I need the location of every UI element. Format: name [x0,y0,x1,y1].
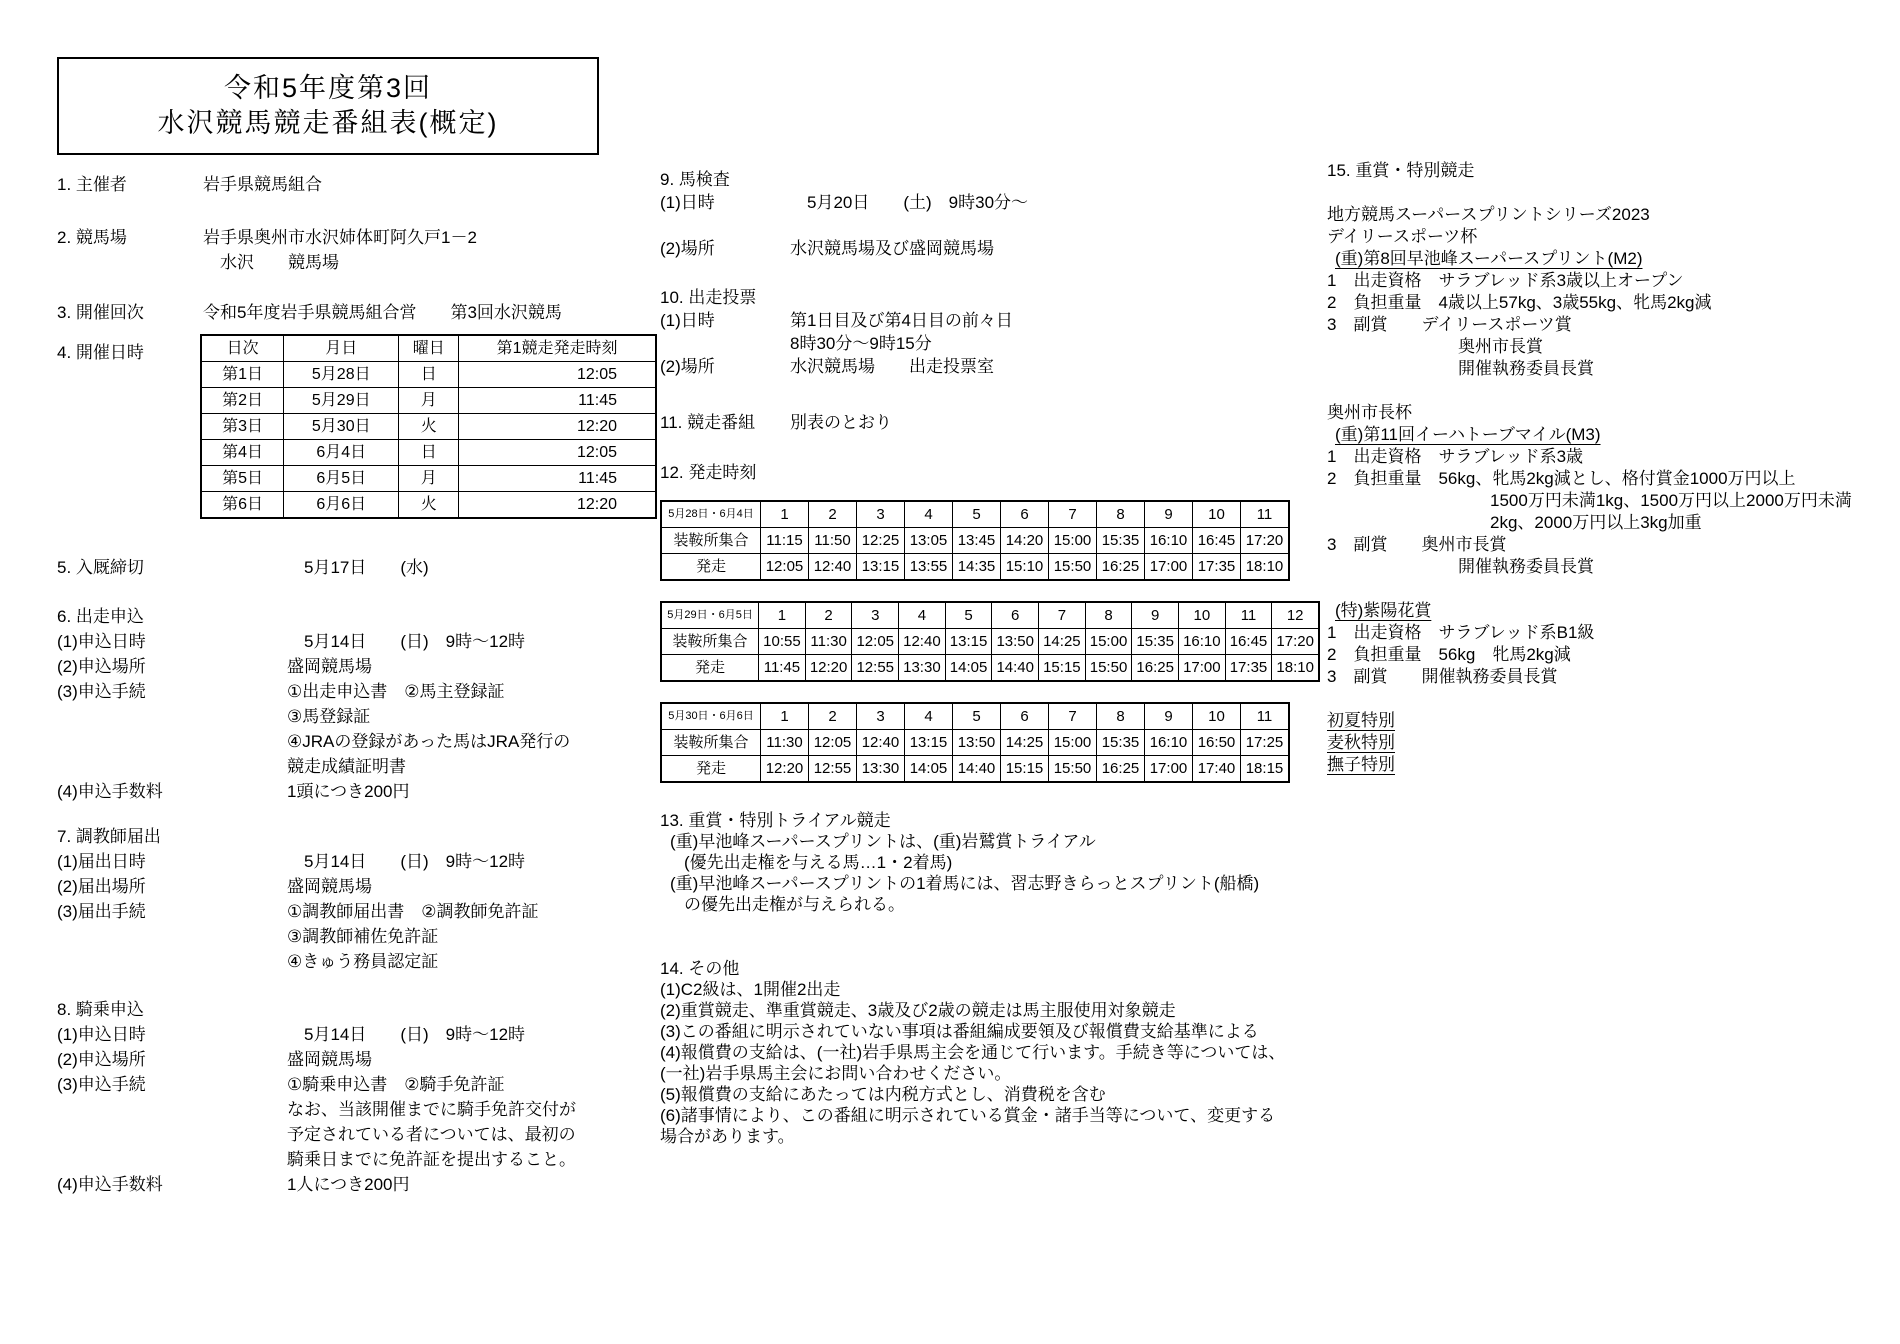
field-row: (1)届出日時 5月14日 (日) 9時～12時 [57,849,657,874]
field-label: 1. 主催者 [57,172,203,197]
table-cell: 14:20 [1001,528,1049,554]
race-condition-line: 3 副賞 奥州市長賞 [1327,534,1887,556]
table-cell: 15:50 [1049,756,1097,783]
table-cell: 6月6日 [284,492,399,519]
start-time-table-day1: 5月28日・6月4日1234567891011 装鞍所集合11:1511:501… [660,500,1290,581]
field-row: ④JRAの登録があった馬はJRA発行の [57,729,657,754]
table-cell: 17:00 [1179,655,1226,682]
field-label: (1)日時 [660,191,790,214]
field-value: 盛岡競馬場 [287,1047,657,1072]
section-heading: 9. 馬検査 [660,168,1320,191]
table-cell: 17:40 [1193,756,1241,783]
paragraph-line: 場合があります。 [660,1126,1320,1147]
table-cell: 第5日 [201,466,284,492]
table-cell: 16:50 [1193,730,1241,756]
table-cell: 月 [399,466,459,492]
row-label: 発走 [661,655,759,682]
race-condition-line: 1 出走資格 サラブレッド系3歳 [1327,446,1887,468]
table-row-gather: 装鞍所集合10:5511:3012:0512:4013:1513:5014:25… [661,629,1319,655]
section-13-trial-races: 13. 重賞・特別トライアル競走 (重)早池峰スーパースプリントは、(重)岩鷲賞… [660,810,1320,915]
table-cell: 14:05 [945,655,992,682]
table-cell: 12:05 [761,554,809,581]
field-value: 競走成績証明書 [287,754,657,779]
cup-title: デイリースポーツ杯 [1327,226,1887,248]
table-cell: 11 [1225,602,1272,629]
race-condition-line: 3 副賞 開催執務委員長賞 [1327,666,1887,688]
table-cell: 18:10 [1272,655,1319,682]
section-10-entry-voting: 10. 出走投票 (1)日時第1日目及び第4日目の前々日 8時30分～9時15分… [660,286,1320,378]
table-cell: 5 [953,703,1001,730]
field-label: (1)申込日時 [57,629,287,654]
table-cell: 7 [1049,703,1097,730]
field-value: 盛岡競馬場 [287,654,657,679]
field-value: ④きゅう務員認定証 [287,949,657,974]
table-cell: 4 [905,703,953,730]
field-value: ①調教師届出書 ②調教師免許証 [287,899,657,924]
section-4-race-days: 4. 開催日時 日次月日曜日第1競走発走時刻 第1日5月28日日12:05 第2… [57,340,657,519]
table-date-label: 5月29日・6月5日 [661,602,759,629]
table-cell: 13:15 [945,629,992,655]
table-cell: 11 [1241,703,1290,730]
table-cell: 13:50 [953,730,1001,756]
race-day-table: 日次月日曜日第1競走発走時刻 第1日5月28日日12:05 第2日5月29日月1… [200,334,657,519]
table-cell: 12:05 [852,629,899,655]
middle-column: 9. 馬検査 (1)日時 5月20日 (土) 9時30分～ (2)場所水沢競馬場… [660,168,1320,1147]
race-title: (重)第8回早池峰スーパースプリント(M2) [1327,248,1887,270]
field-value: 盛岡競馬場 [287,874,657,899]
field-value: ①騎乗申込書 ②騎手免許証 [287,1072,657,1097]
field-value: 岩手県奥州市水沢姉体町阿久戸1－2 [203,225,657,250]
table-cell: 10 [1193,501,1241,528]
field-label: (1)申込日時 [57,1022,287,1047]
paragraph-line: (2)重賞競走、準重賞競走、3歳及び2歳の競走は馬主服使用対象競走 [660,1000,1320,1021]
field-row: (1)日時 5月20日 (土) 9時30分～ [660,191,1320,214]
section-12-start-times-heading: 12. 発走時刻 [660,461,1320,484]
field-row: ③調教師補佐免許証 [57,924,657,949]
table-cell: 第4日 [201,440,284,466]
field-row: (2)申込場所盛岡競馬場 [57,1047,657,1072]
race-condition-line: 開催執務委員長賞 [1327,556,1887,578]
table-header-row: 5月29日・6月5日123456789101112 [661,602,1319,629]
table-cell: 日 [399,440,459,466]
table-cell: 16:10 [1145,730,1193,756]
table-cell: 15:15 [1039,655,1086,682]
table-cell: 14:40 [992,655,1039,682]
field-row: (3)申込手続①出走申込書 ②馬主登録証 [57,679,657,704]
table-cell: 11:30 [805,629,852,655]
table-cell: 6 [1001,703,1049,730]
field-row: ③馬登録証 [57,704,657,729]
table-cell: 13:30 [899,655,946,682]
table-cell: 1 [759,602,806,629]
race-title-text: (重)第11回イーハトーブマイル(M3) [1335,425,1601,444]
section-2-racecourse-line2: 水沢 競馬場 [57,250,657,275]
table-cell: 日次 [201,335,284,362]
field-label: (1)日時 [660,309,790,332]
table-cell: 13:05 [905,528,953,554]
field-row: なお、当該開催までに騎手免許交付が [57,1097,657,1122]
field-row: 騎乗日までに免許証を提出すること。 [57,1147,657,1172]
row-label: 発走 [661,756,761,783]
field-value: 第1日目及び第4日目の前々日 [790,309,1320,332]
table-row-gather: 装鞍所集合11:3012:0512:4013:1513:5014:2515:00… [661,730,1289,756]
special-race-name: 撫子特別 [1327,754,1395,776]
field-value: 5月14日 (日) 9時～12時 [287,849,657,874]
section-2-racecourse: 2. 競馬場 岩手県奥州市水沢姉体町阿久戸1－2 [57,225,657,250]
table-cell: 6月4日 [284,440,399,466]
table-cell: 6 [1001,501,1049,528]
table-cell: 11:45 [459,466,656,492]
race-title: (特)紫陽花賞 [1327,600,1887,622]
table-cell: 18:15 [1241,756,1290,783]
field-value: ③馬登録証 [287,704,657,729]
table-cell: 12:25 [857,528,905,554]
table-cell: 16:25 [1097,756,1145,783]
field-value: ③調教師補佐免許証 [287,924,657,949]
paragraph-line: (6)諸事情により、この番組に明示されている賞金・諸手当等について、変更する [660,1105,1320,1126]
table-cell: 12:05 [459,440,656,466]
table-cell: 15:00 [1049,730,1097,756]
start-time-table-day2: 5月29日・6月5日123456789101112 装鞍所集合10:5511:3… [660,601,1320,682]
table-cell: 第1競走発走時刻 [459,335,656,362]
race-condition-line: 2kg、2000万円以上3kg加重 [1327,512,1887,534]
section-11-race-program: 11. 競走番組 別表のとおり [660,411,1320,434]
section-9-horse-inspection: 9. 馬検査 (1)日時 5月20日 (土) 9時30分～ (2)場所水沢競馬場… [660,168,1320,260]
table-cell: 8 [1097,501,1145,528]
field-value: 5月14日 (日) 9時～12時 [287,1022,657,1047]
paragraph-line: (4)報償費の支給は、(一社)岩手県馬主会を通じて行います。手続き等については、 [660,1042,1320,1063]
table-cell: 11 [1241,501,1290,528]
table-cell: 14:05 [905,756,953,783]
field-value: 別表のとおり [790,411,1320,434]
table-cell: 9 [1132,602,1179,629]
field-value: 岩手県競馬組合 [203,172,657,197]
row-label: 発走 [661,554,761,581]
paragraph-line: (優先出走権を与える馬…1・2着馬) [660,852,1320,873]
table-cell: 17:00 [1145,554,1193,581]
field-label: 4. 開催日時 [57,340,203,365]
race-condition-line: 2 負担重量 4歳以上57kg、3歳55kg、牝馬2kg減 [1327,292,1887,314]
table-row-start: 発走12:2012:5513:3014:0514:4015:1515:5016:… [661,756,1289,783]
table-cell: 第2日 [201,388,284,414]
table-cell: 火 [399,414,459,440]
section-8-riding-application: 8. 騎乗申込 (1)申込日時 5月14日 (日) 9時～12時 (2)申込場所… [57,997,657,1197]
table-cell: 4 [899,602,946,629]
table-cell: 11:50 [809,528,857,554]
table-cell: 12:20 [805,655,852,682]
table-cell: 12:55 [852,655,899,682]
series-title: 地方競馬スーパースプリントシリーズ2023 [1327,204,1887,226]
table-cell: 10:55 [759,629,806,655]
section-3-meeting-number: 3. 開催回次 令和5年度岩手県競馬組合営 第3回水沢競馬 [57,300,657,325]
section-heading: 10. 出走投票 [660,286,1320,309]
document-title-box: 令和5年度第3回 水沢競馬競走番組表(概定) [57,57,599,155]
field-value: 水沢競馬場及び盛岡競馬場 [790,237,1320,260]
table-cell: 14:25 [1039,629,1086,655]
table-cell: 15:10 [1001,554,1049,581]
section-heading: 13. 重賞・特別トライアル競走 [660,810,1320,831]
field-value: 5月17日 (水) [287,555,657,580]
table-row: 第2日5月29日月11:45 [201,388,656,414]
table-cell: 第6日 [201,492,284,519]
table-cell: 11:15 [761,528,809,554]
paragraph-line: (一社)岩手県馬主会にお問い合わせください。 [660,1063,1320,1084]
race-condition-line: 2 負担重量 56kg 牝馬2kg減 [1327,644,1887,666]
field-row: (4)申込手数料1頭につき200円 [57,779,657,804]
table-cell: 11:30 [761,730,809,756]
table-cell: 火 [399,492,459,519]
table-cell: 17:20 [1241,528,1290,554]
table-cell: 6月5日 [284,466,399,492]
section-heading: 8. 騎乗申込 [57,997,657,1022]
table-cell: 2 [809,501,857,528]
section-5-stabling-deadline: 5. 入厩締切 5月17日 (水) [57,555,657,580]
field-row: (2)場所水沢競馬場及び盛岡競馬場 [660,237,1320,260]
field-row: (2)場所水沢競馬場 出走投票室 [660,355,1320,378]
table-cell: 1 [761,703,809,730]
section-heading: 6. 出走申込 [57,604,657,629]
table-cell: 12:05 [459,362,656,388]
table-cell: 12 [1272,602,1319,629]
graded-race-block-2: 奥州市長杯 (重)第11回イーハトーブマイル(M3) 1 出走資格 サラブレッド… [1327,402,1887,578]
start-time-table-day3: 5月30日・6月6日1234567891011 装鞍所集合11:3012:051… [660,702,1290,783]
section-6-entry: 6. 出走申込 (1)申込日時 5月14日 (日) 9時～12時 (2)申込場所… [57,604,657,804]
field-label: (4)申込手数料 [57,1172,287,1197]
race-title: (重)第11回イーハトーブマイル(M3) [1327,424,1887,446]
graded-race-block-1: 地方競馬スーパースプリントシリーズ2023 デイリースポーツ杯 (重)第8回早池… [1327,204,1887,380]
field-label: 5. 入厩締切 [57,555,287,580]
field-label: (2)申込場所 [57,654,287,679]
field-row: 8時30分～9時15分 [660,332,1320,355]
table-cell: 16:10 [1145,528,1193,554]
field-row: 競走成績証明書 [57,754,657,779]
section-7-trainer-notification: 7. 調教師届出 (1)届出日時 5月14日 (日) 9時～12時 (2)届出場… [57,824,657,974]
table-cell: 15:35 [1132,629,1179,655]
table-cell: 13:50 [992,629,1039,655]
section-15-heading: 15. 重賞・特別競走 [1327,160,1887,182]
table-header-row: 5月28日・6月4日1234567891011 [661,501,1289,528]
table-cell: 11:45 [759,655,806,682]
field-value: 5月20日 (土) 9時30分～ [790,191,1320,214]
table-cell: 17:35 [1225,655,1272,682]
table-cell: 2 [805,602,852,629]
field-label: (2)届出場所 [57,874,287,899]
race-title-text: (重)第8回早池峰スーパースプリント(M2) [1335,249,1642,268]
field-label: 3. 開催回次 [57,300,203,325]
field-value: 予定されている者については、最初の [287,1122,657,1147]
race-condition-line: 1500万円未満1kg、1500万円以上2000万円未満 [1327,490,1887,512]
table-cell: 12:05 [809,730,857,756]
field-value: 5月14日 (日) 9時～12時 [287,629,657,654]
table-header-row: 5月30日・6月6日1234567891011 [661,703,1289,730]
table-cell: 12:40 [809,554,857,581]
race-condition-line: 1 出走資格 サラブレッド系3歳以上オープン [1327,270,1887,292]
field-value: 水沢 競馬場 [203,250,657,275]
field-row: ④きゅう務員認定証 [57,949,657,974]
table-cell: 3 [857,501,905,528]
table-cell: 15:00 [1049,528,1097,554]
table-cell: 9 [1145,703,1193,730]
row-label: 装鞍所集合 [661,528,761,554]
table-cell: 10 [1193,703,1241,730]
table-cell: 7 [1049,501,1097,528]
table-cell: 11:45 [459,388,656,414]
race-title-text: (特)紫陽花賞 [1335,601,1431,620]
field-label: (2)場所 [660,237,790,260]
table-cell: 15:50 [1085,655,1132,682]
field-value: 令和5年度岩手県競馬組合営 第3回水沢競馬 [203,300,657,325]
field-label: 11. 競走番組 [660,411,790,434]
cup-title: 奥州市長杯 [1327,402,1887,424]
table-cell: 12:20 [761,756,809,783]
table-cell: 17:25 [1241,730,1290,756]
table-cell: 13:15 [857,554,905,581]
table-cell: 15:35 [1097,730,1145,756]
table-cell: 13:30 [857,756,905,783]
field-value: 1頭につき200円 [287,779,657,804]
table-date-label: 5月28日・6月4日 [661,501,761,528]
table-cell: 曜日 [399,335,459,362]
left-column: 1. 主催者 岩手県競馬組合 2. 競馬場 岩手県奥州市水沢姉体町阿久戸1－2 … [57,172,657,1197]
table-date-label: 5月30日・6月6日 [661,703,761,730]
table-cell: 5月30日 [284,414,399,440]
table-cell: 8 [1085,602,1132,629]
table-cell: 14:25 [1001,730,1049,756]
table-cell: 12:20 [459,492,656,519]
race-condition-line: 開催執務委員長賞 [1327,358,1887,380]
field-label: (3)申込手続 [57,679,287,704]
table-cell: 第1日 [201,362,284,388]
table-cell: 17:20 [1272,629,1319,655]
section-14-other: 14. その他 (1)C2級は、1開催2出走 (2)重賞競走、準重賞競走、3歳及… [660,958,1320,1147]
table-cell: 15:50 [1049,554,1097,581]
paragraph-line: (重)早池峰スーパースプリントの1着馬には、習志野きらっとスプリント(船橋) [660,873,1320,894]
field-row: (2)届出場所盛岡競馬場 [57,874,657,899]
field-label: (3)届出手続 [57,899,287,924]
document-title-line-2: 水沢競馬競走番組表(概定) [158,110,499,137]
table-row: 第4日6月4日日12:05 [201,440,656,466]
table-cell: 16:25 [1097,554,1145,581]
field-value: 1人につき200円 [287,1172,657,1197]
race-condition-line: 2 負担重量 56kg、牝馬2kg減とし、格付賞金1000万円以上 [1327,468,1887,490]
field-row: (3)申込手続①騎乗申込書 ②騎手免許証 [57,1072,657,1097]
table-cell: 日 [399,362,459,388]
race-condition-line: 3 副賞 デイリースポーツ賞 [1327,314,1887,336]
table-cell: 13:15 [905,730,953,756]
table-cell: 16:25 [1132,655,1179,682]
table-cell: 17:35 [1193,554,1241,581]
race-condition-line: 奥州市長賞 [1327,336,1887,358]
table-cell: 7 [1039,602,1086,629]
table-row-start: 発走11:4512:2012:5513:3014:0514:4015:1515:… [661,655,1319,682]
table-cell: 月日 [284,335,399,362]
table-cell: 16:45 [1193,528,1241,554]
field-row: (1)申込日時 5月14日 (日) 9時～12時 [57,629,657,654]
table-cell: 4 [905,501,953,528]
right-column: 15. 重賞・特別競走 地方競馬スーパースプリントシリーズ2023 デイリースポ… [1327,160,1887,776]
field-label: 2. 競馬場 [57,225,203,250]
race-condition-line: 1 出走資格 サラブレッド系B1級 [1327,622,1887,644]
field-label: (2)申込場所 [57,1047,287,1072]
table-cell: 5月28日 [284,362,399,388]
table-cell: 12:55 [809,756,857,783]
table-cell: 月 [399,388,459,414]
table-cell: 3 [852,602,899,629]
field-label: (2)場所 [660,355,790,378]
paragraph-line: (3)この番組に明示されていない事項は番組編成要領及び報償費支給基準による [660,1021,1320,1042]
table-cell: 9 [1145,501,1193,528]
table-row-gather: 装鞍所集合11:1511:5012:2513:0513:4514:2015:00… [661,528,1289,554]
paragraph-line: (重)早池峰スーパースプリントは、(重)岩鷲賞トライアル [660,831,1320,852]
table-cell: 5 [945,602,992,629]
paragraph-line: (5)報償費の支給にあたっては内税方式とし、消費税を含む [660,1084,1320,1105]
section-heading: 14. その他 [660,958,1320,979]
table-cell: 第3日 [201,414,284,440]
field-row: (4)申込手数料1人につき200円 [57,1172,657,1197]
table-cell: 12:40 [857,730,905,756]
table-cell: 1 [761,501,809,528]
table-cell: 2 [809,703,857,730]
table-header-row: 日次月日曜日第1競走発走時刻 [201,335,656,362]
special-race-name: 麦秋特別 [1327,732,1395,754]
table-cell: 15:00 [1085,629,1132,655]
field-label: (3)申込手続 [57,1072,287,1097]
table-cell: 15:15 [1001,756,1049,783]
table-row: 第5日6月5日月11:45 [201,466,656,492]
special-race-block: (特)紫陽花賞 1 出走資格 サラブレッド系B1級 2 負担重量 56kg 牝馬… [1327,600,1887,688]
field-value: 8時30分～9時15分 [790,332,1320,355]
field-row: 予定されている者については、最初の [57,1122,657,1147]
special-races-list: 初夏特別 麦秋特別 撫子特別 [1327,710,1887,776]
paragraph-line: の優先出走権が与えられる。 [660,894,1320,915]
row-label: 装鞍所集合 [661,629,759,655]
table-row-start: 発走12:0512:4013:1513:5514:3515:1015:5016:… [661,554,1289,581]
table-cell: 13:55 [905,554,953,581]
table-row: 第3日5月30日火12:20 [201,414,656,440]
field-label: (1)届出日時 [57,849,287,874]
field-row: (2)申込場所盛岡競馬場 [57,654,657,679]
table-cell: 10 [1179,602,1226,629]
table-cell: 18:10 [1241,554,1290,581]
field-label: (4)申込手数料 [57,779,287,804]
table-cell: 12:40 [899,629,946,655]
field-value: 水沢競馬場 出走投票室 [790,355,1320,378]
table-cell: 16:45 [1225,629,1272,655]
table-row: 第1日5月28日日12:05 [201,362,656,388]
row-label: 装鞍所集合 [661,730,761,756]
special-race-name: 初夏特別 [1327,710,1395,732]
field-value: 騎乗日までに免許証を提出すること。 [287,1147,657,1172]
table-cell: 5月29日 [284,388,399,414]
section-1-organizer: 1. 主催者 岩手県競馬組合 [57,172,657,197]
field-row: (1)日時第1日目及び第4日目の前々日 [660,309,1320,332]
table-cell: 14:35 [953,554,1001,581]
field-row: (1)申込日時 5月14日 (日) 9時～12時 [57,1022,657,1047]
table-cell: 5 [953,501,1001,528]
table-cell: 8 [1097,703,1145,730]
table-cell: 12:20 [459,414,656,440]
table-cell: 15:35 [1097,528,1145,554]
table-row: 第6日6月6日火12:20 [201,492,656,519]
paragraph-line: (1)C2級は、1開催2出走 [660,979,1320,1000]
field-row: (3)届出手続①調教師届出書 ②調教師免許証 [57,899,657,924]
table-cell: 17:00 [1145,756,1193,783]
table-cell: 3 [857,703,905,730]
table-cell: 6 [992,602,1039,629]
field-value: ①出走申込書 ②馬主登録証 [287,679,657,704]
document-title-line-1: 令和5年度第3回 [224,75,432,102]
field-value: ④JRAの登録があった馬はJRA発行の [287,729,657,754]
